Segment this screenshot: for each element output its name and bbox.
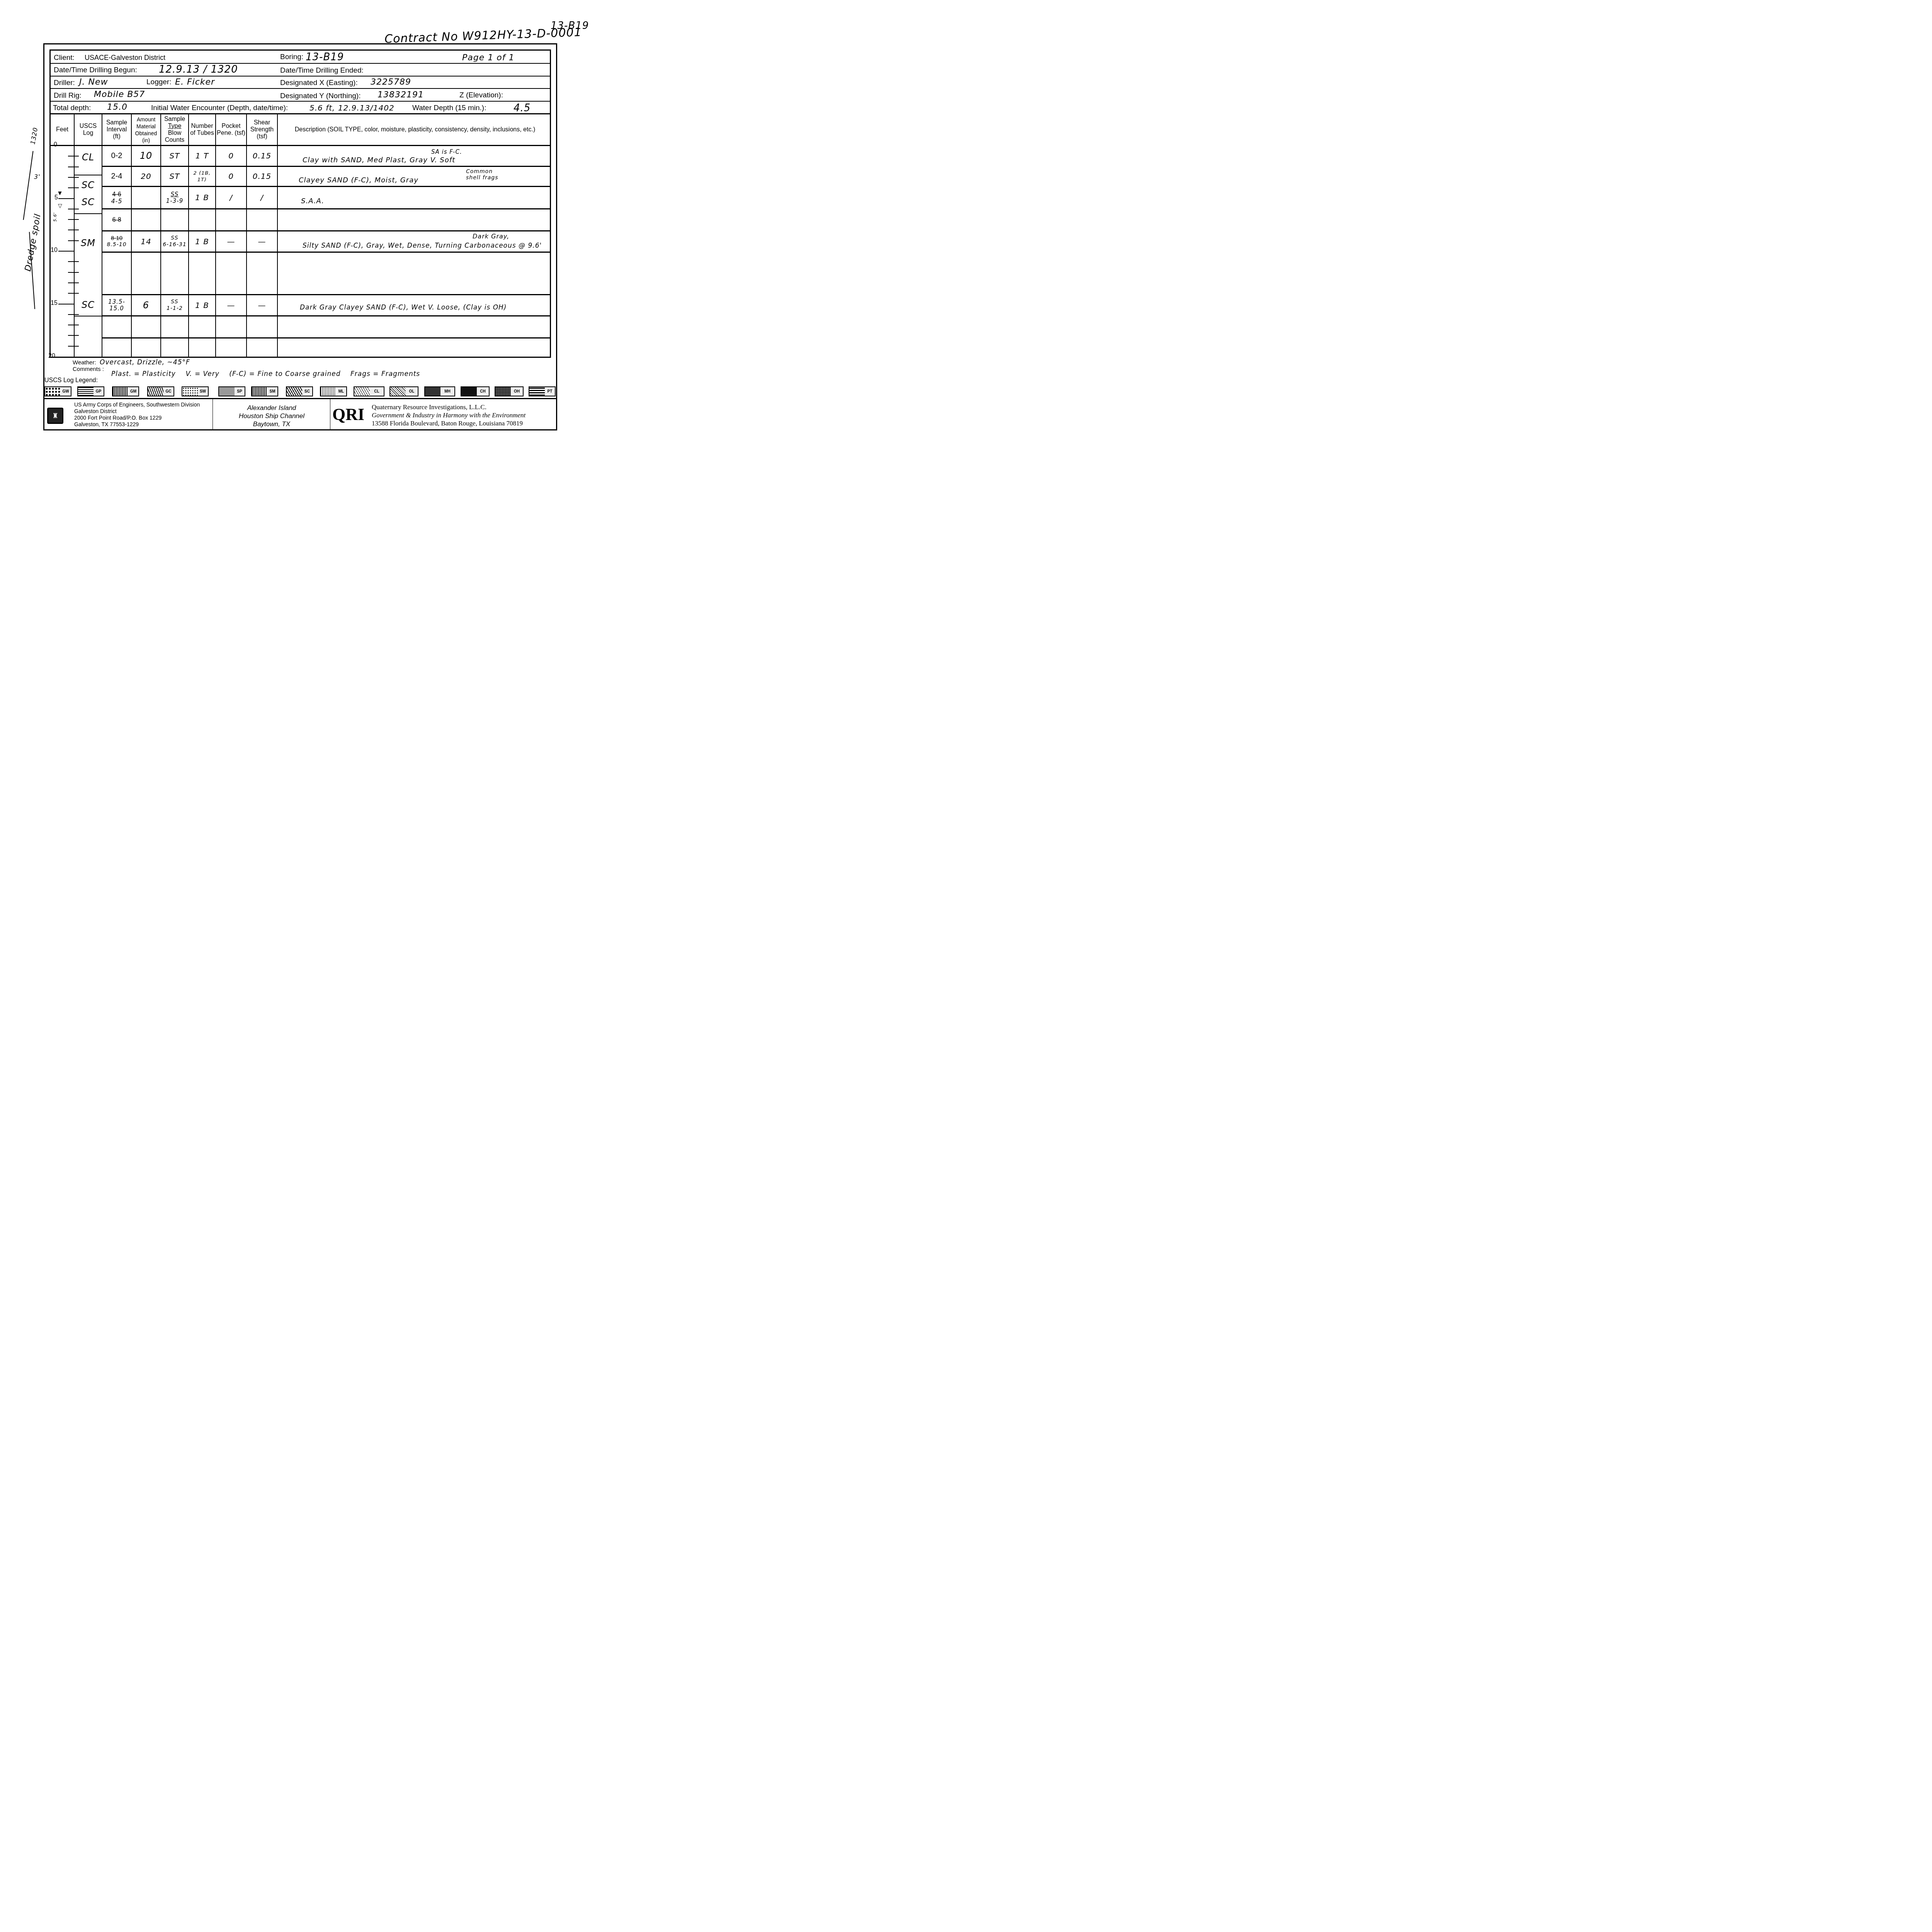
- margin-three-ft-note: 3': [34, 173, 41, 180]
- qri-info: Quaternary Resource Investigations, L.L.…: [372, 403, 526, 427]
- cl-pattern-icon: [354, 387, 370, 396]
- sample-shear: —: [247, 231, 277, 252]
- sample-shear: 0.15: [247, 167, 277, 186]
- sample-type: ST: [161, 146, 188, 166]
- water-depth-label: Water Depth (15 min.):: [412, 104, 486, 112]
- legend-ml: ML: [320, 386, 347, 396]
- driller-value: J. New: [79, 77, 108, 87]
- legend-code: OH: [511, 387, 523, 396]
- mh-pattern-icon: [425, 387, 440, 396]
- uscs-code: SC: [75, 179, 102, 191]
- sample-shear: /: [247, 187, 277, 208]
- sample-interval: 4-5: [111, 198, 122, 204]
- legend-mh: MH: [424, 386, 455, 396]
- water-level-icon: ▼: [57, 190, 63, 197]
- sample-blows: 1-3-9: [166, 198, 183, 204]
- legend-cl: CL: [354, 386, 384, 396]
- legend-sc: SC: [286, 386, 313, 396]
- depth-tick: [68, 346, 79, 347]
- sw-pattern-icon: [182, 387, 198, 396]
- margin-time-note: 1320: [29, 127, 39, 145]
- sample-blows: 1-1-2: [167, 305, 183, 312]
- legend-pt: PT: [529, 386, 556, 396]
- legend-code: GW: [61, 387, 71, 396]
- strata-boundary: [75, 175, 102, 175]
- header-row-dates: Date/Time Drilling Begun: 12.9.13 / 1320…: [51, 64, 550, 77]
- depth-tick: [68, 261, 79, 262]
- usace-line: Galveston, TX 77553-1229: [74, 421, 200, 428]
- sample-shear: —: [247, 295, 277, 315]
- oh-pattern-icon: [495, 387, 511, 396]
- row-divider: [102, 252, 550, 253]
- comments-value: Plast. = Plasticity V. = Very (F-C) = Fi…: [111, 370, 420, 378]
- struck-interval: 8-10: [111, 235, 122, 241]
- sample-description: Clay with SAND, Med Plast, Gray V. Soft: [303, 156, 455, 164]
- sample-tubes: 1 B: [189, 295, 215, 315]
- boring-value: 13-B19: [306, 51, 344, 63]
- sample-pocket: /: [216, 187, 246, 208]
- gp-pattern-icon: [78, 387, 94, 396]
- sample-interval-cell: 8-10 8.5-10: [102, 231, 131, 252]
- boring-ref-annotation: 13-B19: [551, 20, 589, 32]
- col-header-shear: Shear Strength (tsf): [247, 114, 277, 145]
- sample-description: Silty SAND (F-C), Gray, Wet, Dense, Turn…: [303, 242, 542, 250]
- legend-gp: GP: [77, 386, 104, 396]
- weather-value: Overcast, Drizzle, ~45°F: [100, 359, 190, 366]
- total-depth-value: 15.0: [107, 102, 128, 112]
- depth-tick: [68, 219, 79, 220]
- usace-line: US Army Corps of Engineers, Southwestern…: [74, 401, 200, 408]
- sample-amount: 10: [132, 146, 160, 166]
- legend-ch: CH: [461, 386, 490, 396]
- strata-boundary: [75, 316, 102, 316]
- depth-label-0: 0: [54, 141, 57, 148]
- qri-tagline: Government & Industry in Harmony with th…: [372, 411, 526, 419]
- total-depth-label: Total depth:: [53, 104, 91, 112]
- qri-address: 13588 Florida Boulevard, Baton Rouge, Lo…: [372, 419, 526, 427]
- legend-sp: SP: [218, 386, 245, 396]
- ended-label: Date/Time Drilling Ended:: [280, 66, 364, 75]
- uscs-code: CL: [75, 151, 102, 163]
- sample-interval: 0-2: [102, 146, 131, 166]
- sample-note: Dark Gray,: [473, 233, 509, 240]
- depth-tick: [58, 145, 74, 146]
- sample-amount: 14: [132, 231, 160, 252]
- row-divider: [102, 337, 550, 338]
- logger-value: E. Ficker: [175, 77, 215, 87]
- col-header-pocket: Pocket Pene. (tsf): [216, 114, 246, 145]
- sample-note: Common shell frags: [466, 168, 509, 181]
- ml-pattern-icon: [321, 387, 336, 396]
- depth-tick: [68, 325, 79, 325]
- usace-address: US Army Corps of Engineers, Southwestern…: [74, 401, 200, 428]
- rig-value: Mobile B57: [94, 90, 145, 99]
- water-depth-value: 4.5: [514, 102, 531, 114]
- footer-divider: [213, 399, 213, 430]
- depth-label-15: 15: [51, 300, 58, 307]
- sample-interval-cell: 4-6 4-5: [102, 187, 131, 208]
- row-divider: [102, 315, 550, 316]
- legend-code: SC: [302, 387, 312, 396]
- col-divider: [277, 114, 278, 357]
- footer-divider: [330, 399, 330, 430]
- header-row-rig: Drill Rig: Mobile B57 Designated Y (Nort…: [51, 89, 550, 102]
- sample-type-cell: SS 1-1-2: [161, 295, 188, 315]
- sample-interval: 13.5-15.0: [102, 295, 131, 315]
- col-header-amount: Amount Material Obtained (in): [132, 114, 160, 145]
- depth-tick: [58, 304, 74, 304]
- sample-pocket: —: [216, 231, 246, 252]
- driller-label: Driller:: [54, 79, 75, 87]
- col-header-tubes: Number of Tubes: [189, 114, 215, 145]
- sample-pocket: —: [216, 295, 246, 315]
- uscs-code: SM: [75, 237, 102, 249]
- sample-type: SS: [171, 235, 178, 241]
- header-row-depth: Total depth: 15.0 Initial Water Encounte…: [51, 102, 550, 114]
- legend-code: GC: [163, 387, 173, 396]
- col-header-uscs: USCS Log: [75, 114, 102, 145]
- depth-tick: [68, 314, 79, 315]
- pt-pattern-icon: [529, 387, 545, 396]
- project-line: Houston Ship Channel: [213, 412, 330, 420]
- gw-pattern-icon: [45, 387, 61, 396]
- sample-interval: 8.5-10: [107, 241, 126, 248]
- project-line: Alexander Island: [213, 404, 330, 412]
- sample-type: ST: [161, 167, 188, 186]
- uscs-code: SC: [75, 299, 102, 311]
- legend-code: SP: [235, 387, 245, 396]
- begun-value: 12.9.13 / 1320: [159, 64, 238, 75]
- page-number: Page 1 of 1: [462, 53, 514, 63]
- usace-line: Galveston District: [74, 408, 200, 415]
- depth-tick: [68, 209, 79, 209]
- col-header-type-blows: Blow Counts: [161, 130, 188, 144]
- legend-code: PT: [545, 387, 555, 396]
- begun-label: Date/Time Drilling Begun:: [54, 66, 137, 75]
- col-divider: [74, 114, 75, 357]
- depth-tick: [68, 167, 79, 167]
- legend-sm: SM: [251, 386, 278, 396]
- comments-label: Comments :: [73, 366, 104, 372]
- project-line: Baytown, TX: [213, 420, 330, 428]
- sample-description: S.A.A.: [301, 197, 324, 205]
- easting-value: 3225789: [371, 77, 411, 87]
- gc-pattern-icon: [148, 387, 163, 396]
- sample-type-cell: SS 6-16-31: [161, 231, 188, 252]
- legend-code: OL: [406, 387, 418, 396]
- legend-code: SM: [267, 387, 277, 396]
- water-encounter-label: Initial Water Encounter (Depth, date/tim…: [151, 104, 288, 112]
- col-header-feet: Feet: [51, 114, 74, 145]
- struck-interval: 4-6: [112, 191, 121, 198]
- col-header-type-type: Type: [168, 123, 182, 130]
- client-value: USACE-Galveston District: [85, 54, 165, 62]
- sample-type: SS: [171, 191, 179, 198]
- col-header-interval: Sample Interval (ft): [102, 114, 131, 145]
- usace-line: 2000 Fort Point Road/P.O. Box 1229: [74, 415, 200, 421]
- legend-code: GM: [128, 387, 138, 396]
- footer: ♜ US Army Corps of Engineers, Southweste…: [43, 398, 557, 430]
- sample-tubes: 1 B: [189, 231, 215, 252]
- sample-pocket: 0: [216, 146, 246, 166]
- sample-description: Dark Gray Clayey SAND (F-C), Wet V. Loos…: [300, 304, 507, 311]
- legend-gw: GW: [44, 386, 71, 396]
- depth-tick: [58, 198, 74, 199]
- uscs-code: SC: [75, 196, 102, 208]
- sample-interval: 2-4: [102, 167, 131, 186]
- legend-oh: OH: [495, 386, 524, 396]
- logger-label: Logger:: [146, 78, 171, 87]
- depth-tick: [68, 293, 79, 294]
- dredge-spoil-note: Dredge spoil: [23, 213, 43, 272]
- sample-tubes: 1 B: [189, 187, 215, 208]
- legend-ol: OL: [389, 386, 418, 396]
- legend-code: CL: [370, 387, 384, 396]
- col-header-description: Description (SOIL TYPE, color, moisture,…: [279, 114, 551, 145]
- legend-code: SW: [198, 387, 208, 396]
- sample-tubes: 2 (1B, 1T): [189, 167, 215, 186]
- northing-value: 13832191: [378, 90, 424, 100]
- client-label: Client:: [54, 54, 75, 62]
- legend-gm: GM: [112, 386, 139, 396]
- dredge-arrow-up-icon: [23, 151, 33, 220]
- sample-pocket: 0: [216, 167, 246, 186]
- sc-pattern-icon: [287, 387, 302, 396]
- legend-code: GP: [94, 387, 104, 396]
- sample-blows: 6-16-31: [163, 241, 187, 248]
- row-divider: [102, 208, 550, 209]
- legend-gc: GC: [147, 386, 174, 396]
- depth-tick: [68, 230, 79, 230]
- depth-tick: [58, 251, 74, 252]
- rig-label: Drill Rig:: [54, 92, 82, 100]
- northing-label: Designated Y (Northing):: [280, 92, 361, 100]
- legend-code: ML: [336, 387, 346, 396]
- strata-boundary: [75, 213, 102, 214]
- qri-name: Quaternary Resource Investigations, L.L.…: [372, 403, 526, 411]
- log-grid: Feet USCS Log Sample Interval (ft) Amoun…: [49, 114, 551, 358]
- sample-amount: 6: [132, 295, 160, 315]
- water-level-initial-icon: ▽: [58, 202, 62, 209]
- ch-pattern-icon: [461, 387, 477, 396]
- boring-label: Boring:: [280, 53, 303, 61]
- struck-interval: 6-8: [102, 209, 131, 230]
- legend-title: USCS Log Legend:: [44, 377, 98, 384]
- sp-pattern-icon: [219, 387, 235, 396]
- header-row-personnel: Driller: J. New Logger: E. Ficker Design…: [51, 77, 550, 89]
- sample-shear: 0.15: [247, 146, 277, 166]
- qri-logo: QRI: [332, 405, 364, 424]
- sample-description: Clayey SAND (F-C), Moist, Gray: [299, 176, 418, 184]
- sample-note: SA is F-C.: [431, 148, 462, 155]
- depth-label-10: 10: [51, 247, 58, 254]
- depth-tick: [68, 282, 79, 283]
- elevation-label: Z (Elevation):: [459, 91, 503, 100]
- sm-pattern-icon: [252, 387, 267, 396]
- margin-water-note: 5.6': [53, 212, 58, 222]
- col-header-type-sample: Sample: [164, 116, 185, 123]
- easting-label: Designated X (Easting):: [280, 79, 358, 87]
- project-location: Alexander Island Houston Ship Channel Ba…: [213, 404, 330, 428]
- ol-pattern-icon: [390, 387, 406, 396]
- col-header-type: Sample Type Blow Counts: [161, 114, 188, 145]
- sample-type-cell: SS 1-3-9: [161, 187, 188, 208]
- depth-tick: [68, 335, 79, 336]
- legend-code: CH: [477, 387, 489, 396]
- sample-tubes: 1 T: [189, 146, 215, 166]
- sample-amount: 20: [132, 167, 160, 186]
- legend-code: MH: [440, 387, 454, 396]
- depth-tick: [68, 272, 79, 273]
- header-row-client: Client: USACE-Galveston District Boring:…: [51, 51, 550, 64]
- weather-label: Weather:: [73, 359, 96, 366]
- water-encounter-value: 5.6 ft, 12.9.13/1402: [310, 103, 395, 112]
- depth-label-20: 20: [48, 353, 55, 360]
- gm-pattern-icon: [113, 387, 128, 396]
- sample-type: SS: [171, 299, 178, 305]
- usace-castle-logo-icon: ♜: [47, 408, 63, 424]
- depth-tick: [68, 177, 79, 178]
- header-info-box: Client: USACE-Galveston District Boring:…: [49, 49, 551, 114]
- legend-sw: SW: [182, 386, 209, 396]
